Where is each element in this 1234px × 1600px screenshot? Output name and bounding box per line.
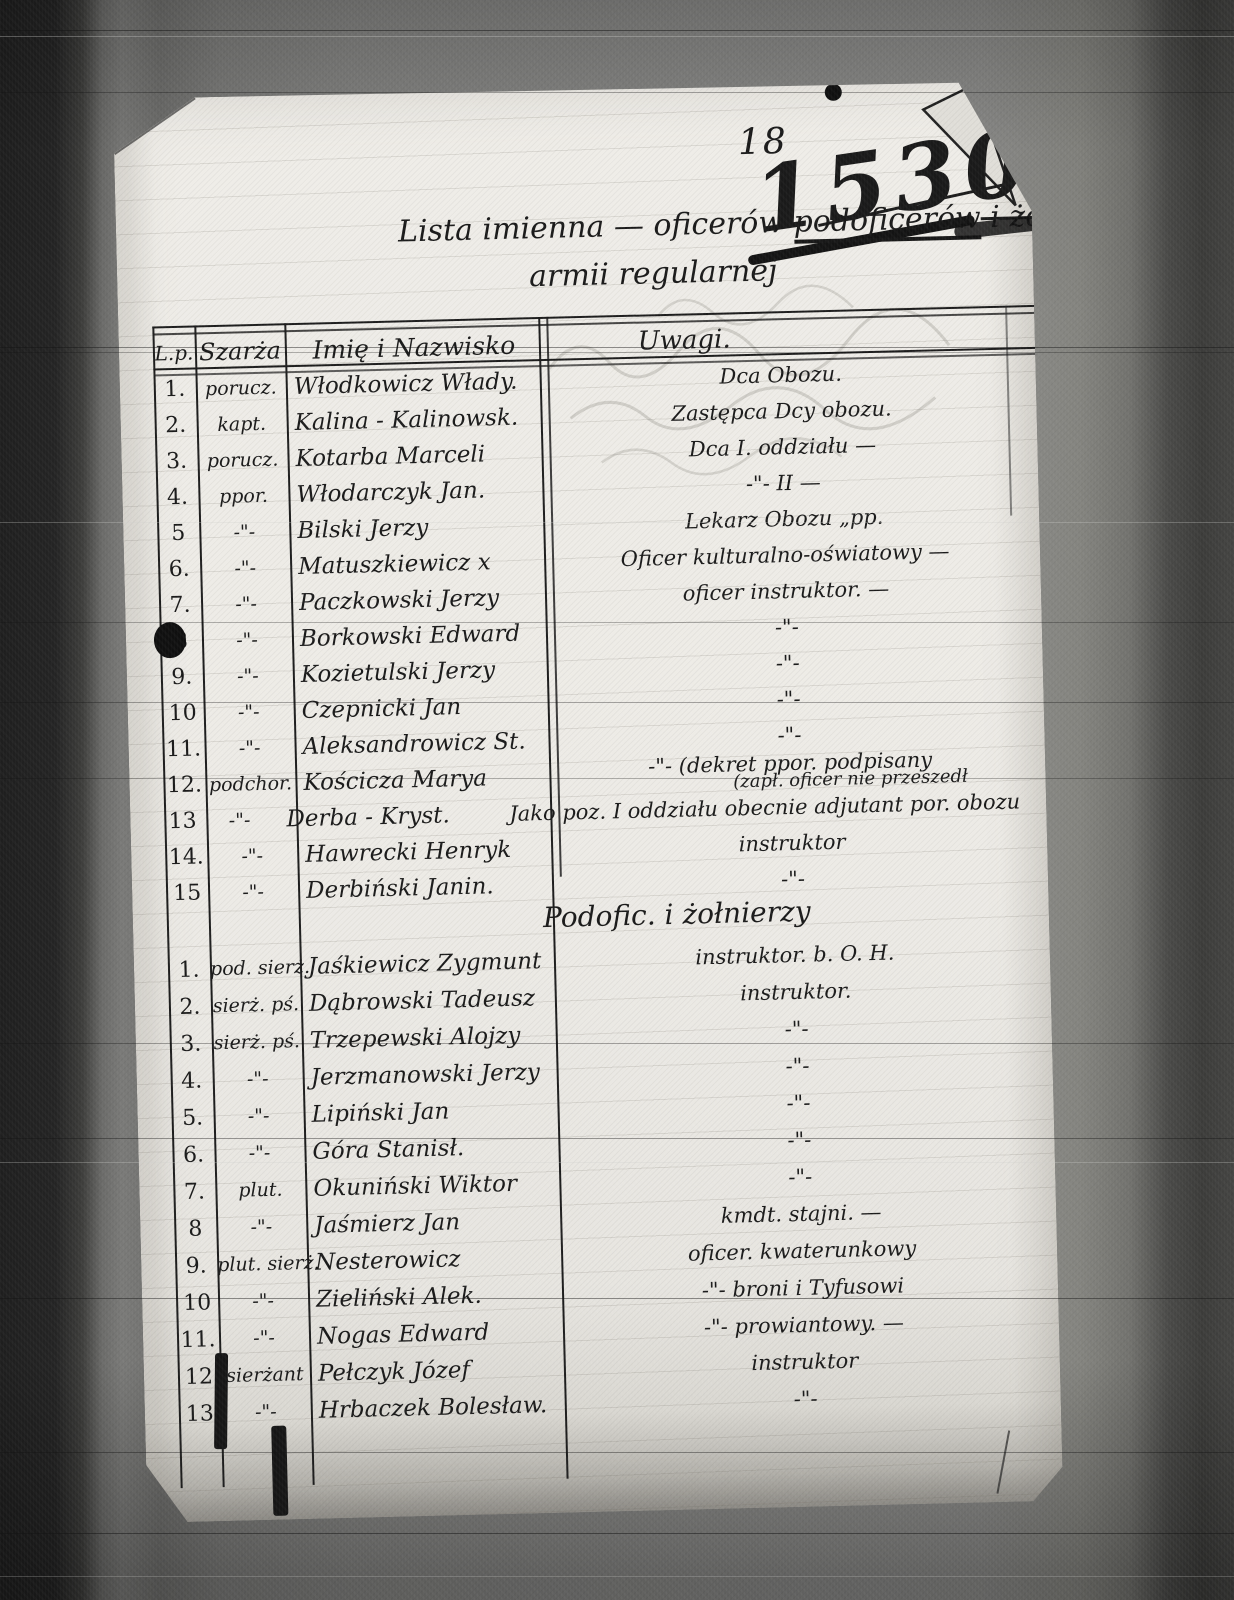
row-number: 2.: [154, 414, 197, 437]
name-cell: Nesterowicz: [307, 1246, 573, 1275]
film-scan-background: 18 1530 Lista imienna — oficerów podofic…: [0, 0, 1234, 1600]
header-name: Imię i Nazwisko: [285, 329, 544, 364]
notes-cell: -"- broni i Tyfusowi: [574, 1272, 1032, 1304]
notes-cell: kmdt. stajni. —: [572, 1198, 1030, 1230]
ink-smudge: [271, 1426, 288, 1516]
rank-cell: sierż. pś.: [212, 1032, 302, 1053]
rank-cell: porucz.: [197, 450, 287, 471]
note-line: -"-: [558, 611, 1016, 643]
notes-cell: Zastępca Dcy obozu.: [552, 395, 1010, 427]
note-line: -"-: [569, 1087, 1027, 1119]
film-scratch: [0, 36, 1234, 37]
rank-cell: sierżant: [220, 1365, 310, 1386]
name-cell: Bilski Jerzy: [289, 513, 555, 542]
note-line: -"-: [559, 683, 1017, 715]
notes-cell: oficer instruktor. —: [557, 575, 1015, 607]
row-number: 10: [162, 702, 205, 725]
rank-cell: -"-: [203, 666, 293, 687]
notes-cell: -"- prowiantowy. —: [575, 1309, 1033, 1341]
note-line: instruktor. b. O. H.: [566, 939, 1024, 971]
name-cell: Borkowski Edward: [292, 621, 558, 650]
rank-cell: sierż. pś.: [211, 995, 301, 1016]
rank-cell: -"-: [201, 594, 291, 615]
row-number: 4.: [170, 1070, 213, 1093]
title-part1: Lista imienna — oficerów: [398, 205, 794, 250]
row-number: 2.: [169, 996, 212, 1019]
note-line: Lekarz Obozu „pp.: [555, 503, 1013, 535]
rank-cell: -"-: [214, 1143, 304, 1164]
name-cell: Zieliński Alek.: [308, 1282, 574, 1311]
note-line: oficer. kwaterunkowy: [573, 1235, 1031, 1267]
notes-cell: Dca I. oddziału —: [553, 431, 1011, 463]
row-number: 13: [164, 810, 201, 833]
rank-cell: -"-: [200, 558, 290, 579]
name-cell: Włodkowicz Włady.: [286, 369, 552, 398]
row-number: 14.: [165, 846, 208, 869]
row-number: 5: [157, 522, 200, 545]
note-line: -"-: [564, 863, 1022, 895]
document-title-line2: armii regularnej: [529, 253, 778, 294]
row-number: 3.: [155, 450, 198, 473]
notes-cell: -"-: [577, 1383, 1035, 1415]
notes-cell: -"-: [570, 1124, 1028, 1156]
row-number: 1.: [168, 959, 211, 982]
row-number: 3.: [170, 1033, 213, 1056]
name-cell: Hrbaczek Bolesław.: [311, 1393, 577, 1422]
rank-cell: kapt.: [196, 414, 286, 435]
name-cell: Kotarba Marceli: [287, 441, 553, 470]
rank-cell: -"-: [219, 1328, 309, 1349]
rank-cell: -"-: [202, 630, 292, 651]
notes-cell: Lekarz Obozu „pp.: [555, 503, 1013, 535]
ink-smudge: [214, 1353, 228, 1449]
header-lp: L.p.: [153, 340, 196, 365]
paper-corner-cut-topleft: [114, 97, 196, 155]
row-number: 1.: [154, 378, 197, 401]
rank-cell: -"-: [213, 1106, 303, 1127]
row-number: 12.: [163, 774, 206, 797]
note-line: -"-: [568, 1050, 1026, 1082]
rank-cell: -"-: [200, 810, 278, 831]
row-number: 7.: [159, 594, 202, 617]
row-number: 11.: [177, 1329, 220, 1352]
notes-cell: -"-: [571, 1161, 1029, 1193]
row-number: 15: [166, 882, 209, 905]
name-cell: Góra Stanisł.: [304, 1135, 570, 1164]
name-cell: Trzepewski Alojzy: [302, 1024, 568, 1053]
rank-cell: -"-: [199, 522, 289, 543]
row-number: 6.: [158, 558, 201, 581]
row-number: 11.: [162, 738, 205, 761]
rank-cell: ppor.: [198, 486, 288, 507]
row-number: 9.: [175, 1255, 218, 1278]
note-line: -"-: [567, 1013, 1025, 1045]
name-cell: Jerzmanowski Jerzy: [302, 1061, 568, 1090]
note-line: instruktor: [563, 827, 1021, 859]
notes-cell: Jako poz. I oddziału obecnie adjutant po…: [509, 791, 1020, 824]
note-line: -"-: [570, 1124, 1028, 1156]
note-line: -"-: [577, 1383, 1035, 1415]
name-cell: Paczkowski Jerzy: [291, 585, 557, 614]
note-line: -"- II —: [554, 467, 1012, 499]
note-line: Jako poz. I oddziału obecnie adjutant po…: [509, 791, 1020, 824]
notes-cell: -"-: [569, 1087, 1027, 1119]
row-number: 5.: [171, 1107, 214, 1130]
rank-cell: -"-: [221, 1402, 311, 1423]
note-line: oficer instruktor. —: [557, 575, 1015, 607]
name-cell: Derba - Kryst.: [278, 802, 509, 831]
notes-cell: instruktor. b. O. H.: [566, 939, 1024, 971]
name-cell: Kościcza Marya: [295, 765, 561, 794]
rank-cell: -"-: [218, 1291, 308, 1312]
note-line: Dca I. oddziału —: [553, 431, 1011, 463]
notes-cell: instruktor.: [567, 976, 1025, 1008]
header-rank: Szarża: [195, 336, 286, 366]
row-number: 4.: [156, 486, 199, 509]
note-line: -"-: [559, 647, 1017, 679]
rank-cell: plut.: [215, 1180, 305, 1201]
name-cell: Czepnicki Jan: [293, 693, 559, 722]
notes-cell: oficer. kwaterunkowy: [573, 1235, 1031, 1267]
notes-cell: -"-: [558, 611, 1016, 643]
row-number: 6.: [172, 1144, 215, 1167]
name-cell: Aleksandrowicz St.: [294, 729, 560, 758]
note-line: -"-: [571, 1161, 1029, 1193]
note-line: Oficer kulturalno-oświatowy —: [556, 539, 1014, 571]
notes-cell: -"-: [567, 1013, 1025, 1045]
rank-cell: podchor.: [205, 774, 295, 795]
roster-table: L.p. Szarża Imię i Nazwisko Uwagi. 1. po…: [152, 306, 1037, 1537]
name-cell: Lipiński Jan: [303, 1098, 569, 1127]
rank-cell: -"-: [216, 1217, 306, 1238]
rank-cell: porucz.: [196, 378, 286, 399]
film-scratch: [0, 1576, 1234, 1577]
name-cell: Włodarczyk Jan.: [288, 477, 554, 506]
rank-cell: -"-: [213, 1069, 303, 1090]
notes-cell: Dca Obozu.: [551, 359, 1009, 391]
row-number: 9.: [161, 666, 204, 689]
note-line: Dca Obozu.: [551, 359, 1009, 391]
ink-blob: [825, 84, 842, 101]
name-cell: Hawrecki Henryk: [297, 837, 563, 866]
name-cell: Derbiński Janin.: [298, 873, 564, 902]
note-line: Zastępca Dcy obozu.: [552, 395, 1010, 427]
enlisted-section: 1. pod. sierż. Jaśkiewicz Zygmunt instru…: [168, 931, 1035, 1433]
name-cell: Kalina - Kalinowsk.: [286, 405, 552, 434]
row-number: 10: [176, 1292, 219, 1315]
row-number: 7.: [173, 1181, 216, 1204]
notes-cell: -"-: [559, 647, 1017, 679]
film-scratch: [0, 1533, 1234, 1534]
notes-cell: -"-: [559, 683, 1017, 715]
note-line: -"-: [560, 719, 1018, 751]
rank-cell: pod. sierż.: [210, 958, 300, 979]
rank-cell: -"-: [204, 702, 294, 723]
notes-cell: Oficer kulturalno-oświatowy —: [556, 539, 1014, 571]
notes-cell: instruktor: [576, 1346, 1034, 1378]
note-line: -"- broni i Tyfusowi: [574, 1272, 1032, 1304]
note-line: kmdt. stajni. —: [572, 1198, 1030, 1230]
name-cell: Dąbrowski Tadeusz: [301, 987, 567, 1016]
rank-cell: -"-: [204, 738, 294, 759]
rank-cell: -"-: [208, 882, 298, 903]
row-number: 8: [174, 1218, 217, 1241]
rank-cell: plut. sierż.: [217, 1254, 307, 1275]
notes-cell: -"- II —: [554, 467, 1012, 499]
name-cell: Kozietulski Jerzy: [293, 657, 559, 686]
note-line: instruktor: [576, 1346, 1034, 1378]
officers-section: 1. porucz. Włodkowicz Włady. Dca Obozu. …: [153, 352, 1022, 913]
notes-cell: -"-: [560, 719, 1018, 751]
name-cell: Jaśmierz Jan: [306, 1209, 572, 1238]
film-scratch: [0, 30, 1234, 31]
notes-cell: -"-: [568, 1050, 1026, 1082]
name-cell: Jaśkiewicz Zygmunt: [300, 950, 566, 979]
title-part2-underlined: podoficerów: [793, 200, 981, 244]
name-cell: Nogas Edward: [309, 1319, 575, 1348]
name-cell: Pełczyk Józef: [310, 1356, 576, 1385]
note-line: -"- prowiantowy. —: [575, 1309, 1033, 1341]
notes-cell: -"-: [564, 863, 1022, 895]
name-cell: Matuszkiewicz x: [290, 549, 556, 578]
name-cell: Okuniński Wiktor: [305, 1172, 571, 1201]
document-paper: 18 1530 Lista imienna — oficerów podofic…: [113, 77, 1064, 1523]
notes-cell: instruktor: [563, 827, 1021, 859]
rank-cell: -"-: [207, 846, 297, 867]
note-line: instruktor.: [567, 976, 1025, 1008]
